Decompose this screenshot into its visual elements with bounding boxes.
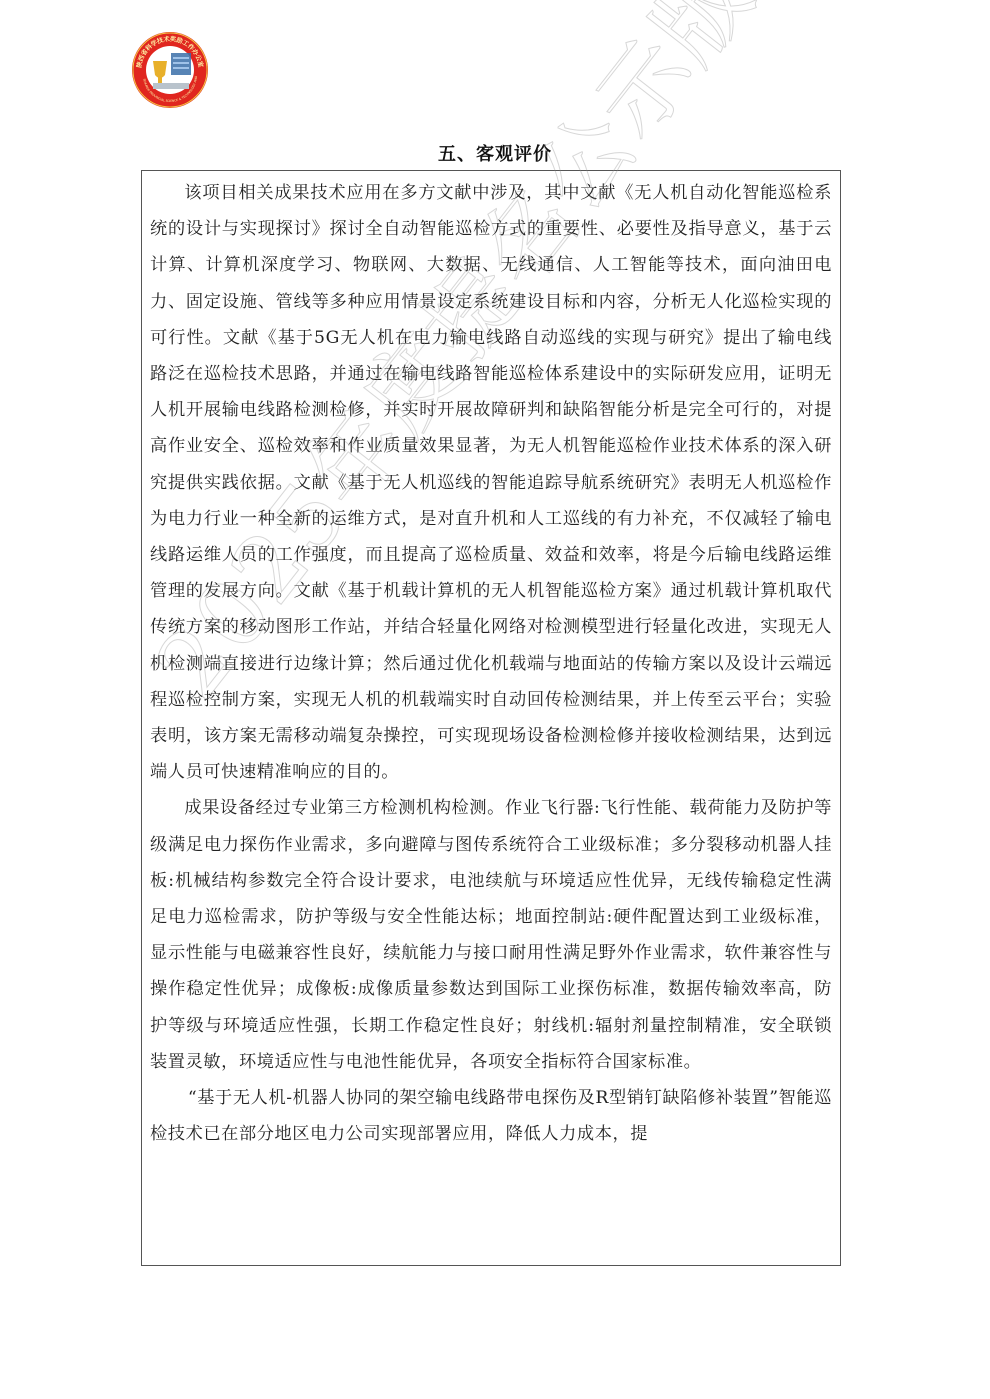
objective-evaluation-box: 该项目相关成果技术应用在多方文献中涉及，其中文献《无人机自动化智能巡检系统的设计… [141,170,841,1266]
section-title: 五、客观评价 [0,140,990,166]
evaluation-text-body: 该项目相关成果技术应用在多方文献中涉及，其中文献《无人机自动化智能巡检系统的设计… [150,175,832,1152]
paragraph-third-party-testing: 成果设备经过专业第三方检测机构检测。作业飞行器:飞行性能、载荷能力及防护等级满足… [150,790,832,1080]
organization-seal-logo: 陕西省科学技术奖励工作办公室 SHAANXI PROVINCIAL SCIENC… [131,31,209,109]
paragraph-application-deployment: “基于无人机-机器人协同的架空输电线路带电探伤及R型销钉缺陷修补装置”智能巡检技… [150,1080,832,1152]
organization-seal-icon: 陕西省科学技术奖励工作办公室 SHAANXI PROVINCIAL SCIENC… [131,31,209,109]
paragraph-literature-review: 该项目相关成果技术应用在多方文献中涉及，其中文献《无人机自动化智能巡检系统的设计… [150,175,832,790]
